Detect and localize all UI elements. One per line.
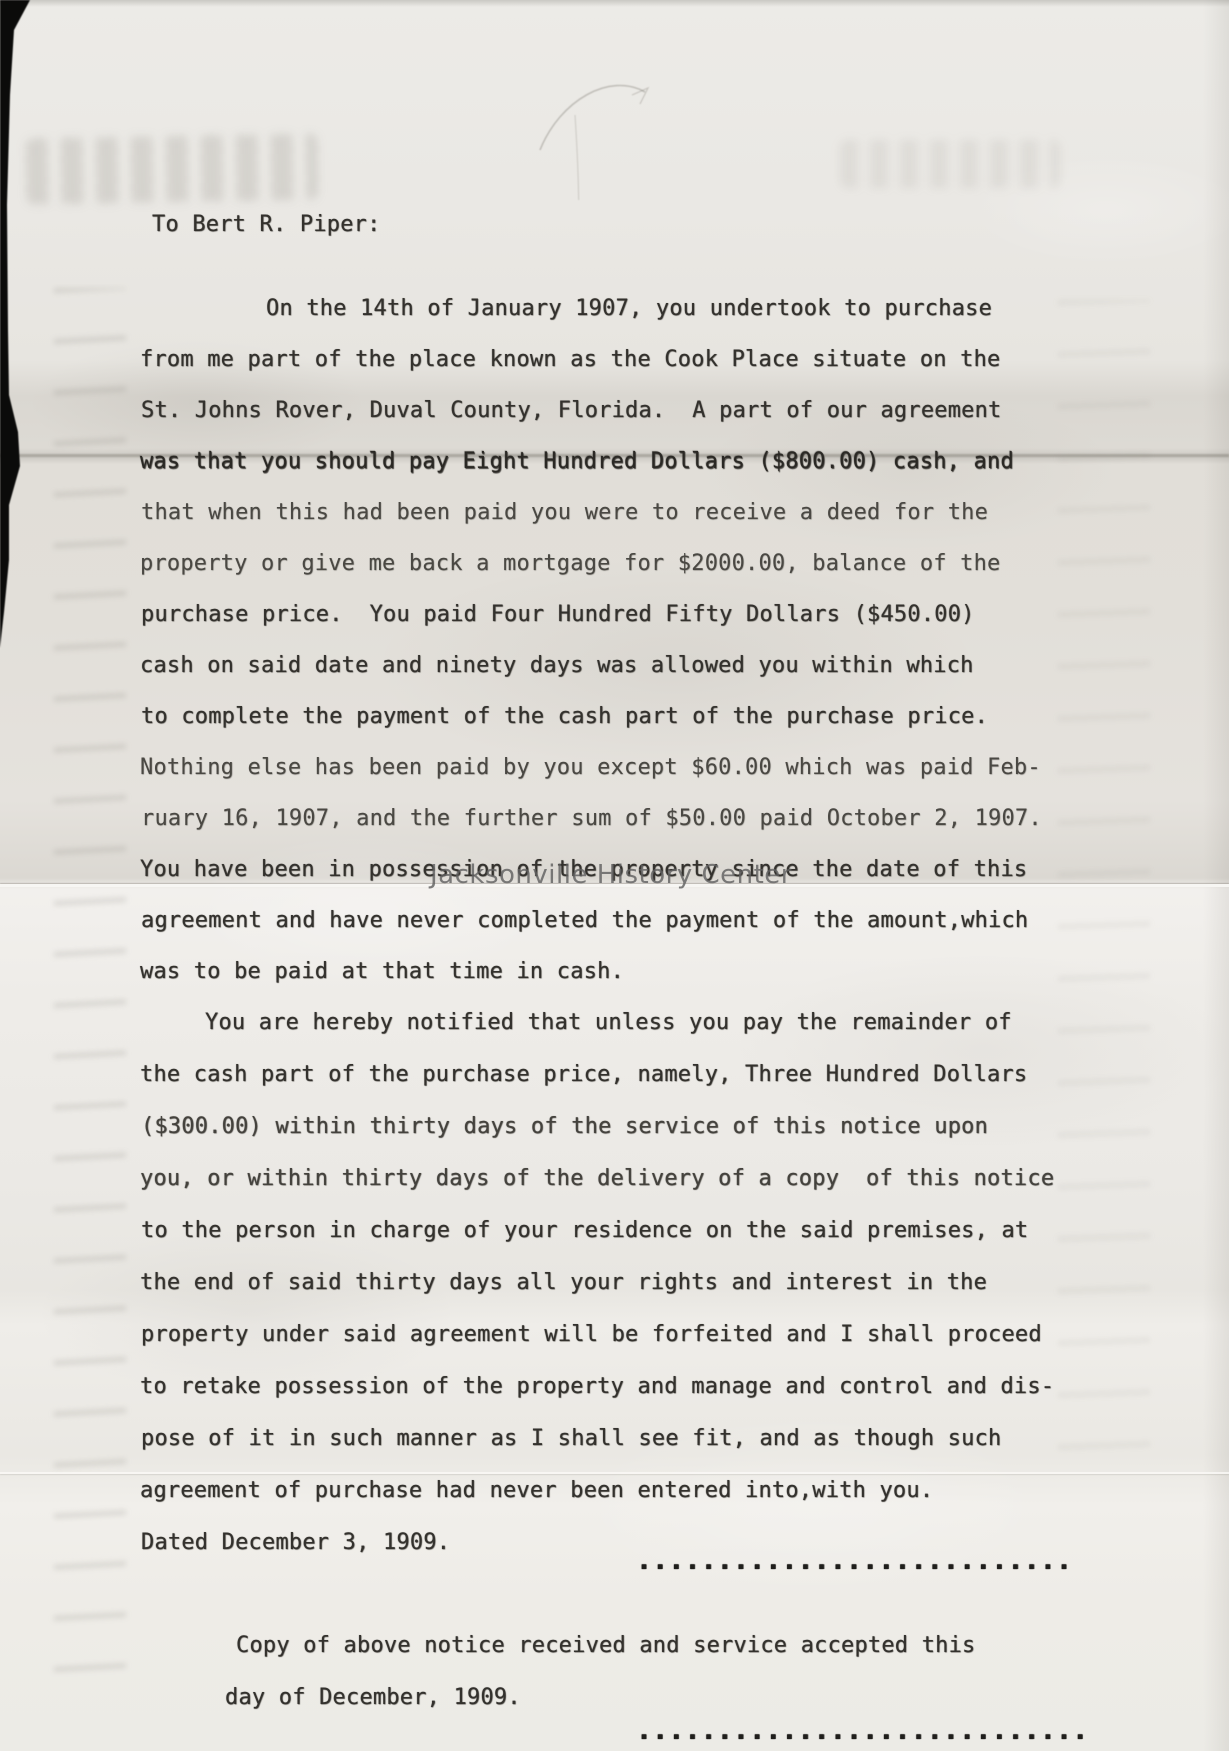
letter-line: purchase price. You paid Four Hundred Fi… <box>141 589 1042 640</box>
left-margin-smudges <box>54 288 126 1708</box>
letter-line: to retake possession of the property and… <box>140 1361 1054 1413</box>
letter-line: from me part of the place known as the C… <box>140 334 1041 385</box>
letter-line: was to be paid at that time in cash. <box>140 946 1041 997</box>
letter-line: On the 14th of January 1907, you underto… <box>141 283 1042 334</box>
letter-line: property under said agreement will be fo… <box>141 1309 1055 1361</box>
right-margin-smudges <box>1058 300 1150 1450</box>
letter-line: property or give me back a mortgage for … <box>140 538 1041 589</box>
acceptance-block: Copy of above notice received and servic… <box>140 1620 974 1724</box>
signature-dotted-line: ........................... <box>636 1546 1072 1576</box>
letter-line: Nothing else has been paid by you except… <box>140 742 1041 793</box>
acceptance-dotted-line: ............................ <box>636 1716 1088 1746</box>
letter-line: ruary 16, 1907, and the further sum of $… <box>141 793 1042 844</box>
scanned-letter-page: To Bert R. Piper: On the 14th of January… <box>0 0 1229 1751</box>
paragraph-2: You are hereby notified that unless you … <box>140 997 1054 1569</box>
letter-line: to the person in charge of your residenc… <box>141 1205 1055 1257</box>
letter-line: You are hereby notified that unless you … <box>141 997 1055 1049</box>
acceptance-line: Copy of above notice received and servic… <box>141 1620 975 1672</box>
watermark: Jacksonville History Center <box>430 860 792 890</box>
letter-line: that when this had been paid you were to… <box>141 487 1042 538</box>
letter-line: cash on said date and ninety days was al… <box>140 640 1041 691</box>
letter-line: pose of it in such manner as I shall see… <box>141 1413 1055 1465</box>
greeting-line: To Bert R. Piper: <box>152 212 381 237</box>
pencil-scratch-marks <box>0 0 1229 200</box>
letter-line: agreement of purchase had never been ent… <box>140 1465 1054 1517</box>
letter-line: the cash part of the purchase price, nam… <box>140 1049 1054 1101</box>
letter-line: was that you should pay Eight Hundred Do… <box>140 436 1041 487</box>
letter-line: agreement and have never completed the p… <box>141 895 1042 946</box>
letter-line: you, or within thirty days of the delive… <box>140 1153 1054 1205</box>
letter-line: ($300.00) within thirty days of the serv… <box>141 1101 1055 1153</box>
letter-line: the end of said thirty days all your rig… <box>140 1257 1054 1309</box>
letter-line: to complete the payment of the cash part… <box>141 691 1042 742</box>
letter-line: St. Johns Rover, Duval County, Florida. … <box>141 385 1042 436</box>
